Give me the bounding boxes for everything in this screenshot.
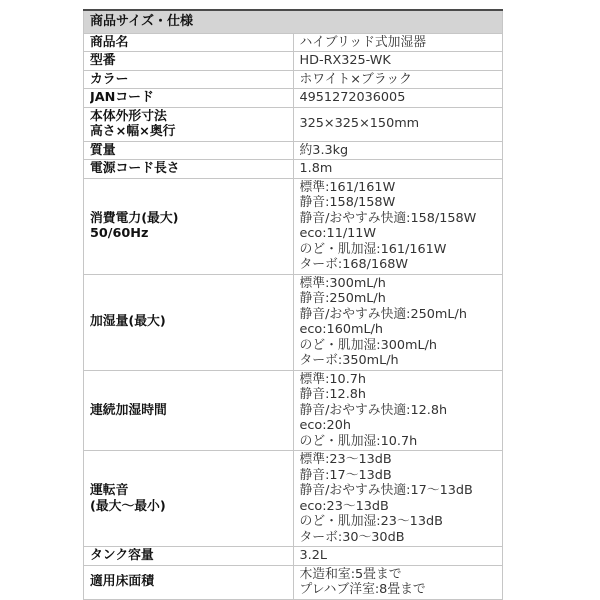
spec-label-cell: 加湿量(最大) <box>84 274 294 370</box>
spec-value-cell: 325×325×150mm <box>293 107 503 141</box>
spec-value-line: のど・肌加湿:10.7h <box>300 434 499 450</box>
spec-value-line: のど・肌加湿:23〜13dB <box>300 514 499 530</box>
spec-label-cell: 本体外形寸法高さ×幅×奥行 <box>84 107 294 141</box>
spec-value-cell: 4951272036005 <box>293 89 503 108</box>
spec-label-cell: カラー <box>84 70 294 89</box>
spec-value-cell: 標準:10.7h静音:12.8h静音/おやすみ快適:12.8heco:20hのど… <box>293 370 503 451</box>
spec-label-cell: 適用床面積 <box>84 565 294 599</box>
spec-value-line: 静音/おやすみ快適:12.8h <box>300 403 499 419</box>
spec-label-line: 電源コード長さ <box>90 161 289 177</box>
spec-label-line: 50/60Hz <box>90 226 289 242</box>
spec-value-line: ターボ:168/168W <box>300 257 499 273</box>
spec-table-title: 商品サイズ・仕様 <box>84 10 503 33</box>
spec-value-cell: 3.2L <box>293 547 503 566</box>
spec-value-line: 1.8m <box>300 161 499 177</box>
spec-value-line: eco:20h <box>300 418 499 434</box>
spec-value-cell: 標準:23〜13dB静音:17〜13dB静音/おやすみ快適:17〜13dBeco… <box>293 451 503 547</box>
spec-value-line: 約3.3kg <box>300 143 499 159</box>
spec-row: 本体外形寸法高さ×幅×奥行 325×325×150mm <box>84 107 503 141</box>
spec-value-line: 325×325×150mm <box>300 116 499 132</box>
spec-value-line: 静音:17〜13dB <box>300 468 499 484</box>
spec-value-cell: 約3.3kg <box>293 141 503 160</box>
spec-value-line: のど・肌加湿:161/161W <box>300 242 499 258</box>
spec-value-line: プレハブ洋室:8畳まで <box>300 582 499 598</box>
product-spec-table: 商品サイズ・仕様 商品名 ハイブリッド式加湿器 型番 HD-RX325-WK カ… <box>83 9 503 600</box>
spec-label-line: 質量 <box>90 143 289 159</box>
spec-title-row: 商品サイズ・仕様 <box>84 10 503 33</box>
spec-value-cell: HD-RX325-WK <box>293 52 503 71</box>
spec-row: 加湿量(最大) 標準:300mL/h静音:250mL/h静音/おやすみ快適:25… <box>84 274 503 370</box>
spec-value-line: 静音:250mL/h <box>300 291 499 307</box>
spec-label-cell: タンク容量 <box>84 547 294 566</box>
spec-table-head: 商品サイズ・仕様 <box>84 10 503 33</box>
spec-row: 適用床面積 木造和室:5畳までプレハブ洋室:8畳まで <box>84 565 503 599</box>
spec-label-cell: 消費電力(最大)50/60Hz <box>84 178 294 274</box>
spec-row: タンク容量 3.2L <box>84 547 503 566</box>
spec-value-line: eco:11/11W <box>300 226 499 242</box>
spec-label-cell: 電源コード長さ <box>84 160 294 179</box>
spec-label-line: (最大〜最小) <box>90 499 289 515</box>
spec-value-line: のど・肌加湿:300mL/h <box>300 338 499 354</box>
spec-row: 型番 HD-RX325-WK <box>84 52 503 71</box>
spec-row: JANコード 4951272036005 <box>84 89 503 108</box>
spec-value-cell: 1.8m <box>293 160 503 179</box>
spec-value-line: 標準:10.7h <box>300 372 499 388</box>
spec-value-line: eco:160mL/h <box>300 322 499 338</box>
spec-row: 商品名 ハイブリッド式加湿器 <box>84 33 503 52</box>
spec-value-line: 木造和室:5畳まで <box>300 567 499 583</box>
spec-label-cell: 運転音(最大〜最小) <box>84 451 294 547</box>
spec-value-line: 静音:12.8h <box>300 387 499 403</box>
spec-value-line: 静音/おやすみ快適:158/158W <box>300 211 499 227</box>
spec-value-line: 4951272036005 <box>300 90 499 106</box>
spec-value-line: 静音/おやすみ快適:250mL/h <box>300 307 499 323</box>
spec-label-cell: 質量 <box>84 141 294 160</box>
spec-value-line: ターボ:30〜30dB <box>300 530 499 546</box>
spec-label-line: 商品名 <box>90 35 289 51</box>
spec-row: 運転音(最大〜最小) 標準:23〜13dB静音:17〜13dB静音/おやすみ快適… <box>84 451 503 547</box>
spec-label-cell: 商品名 <box>84 33 294 52</box>
spec-label-cell: JANコード <box>84 89 294 108</box>
spec-value-cell: ホワイト×ブラック <box>293 70 503 89</box>
spec-label-line: 適用床面積 <box>90 574 289 590</box>
spec-value-line: HD-RX325-WK <box>300 53 499 69</box>
spec-label-line: 型番 <box>90 53 289 69</box>
product-spec-section: 商品サイズ・仕様 商品名 ハイブリッド式加湿器 型番 HD-RX325-WK カ… <box>83 9 503 600</box>
spec-label-cell: 連続加湿時間 <box>84 370 294 451</box>
spec-label-line: タンク容量 <box>90 548 289 564</box>
spec-value-line: eco:23〜13dB <box>300 499 499 515</box>
spec-value-cell: 標準:300mL/h静音:250mL/h静音/おやすみ快適:250mL/heco… <box>293 274 503 370</box>
spec-value-cell: 標準:161/161W静音:158/158W静音/おやすみ快適:158/158W… <box>293 178 503 274</box>
spec-value-line: ホワイト×ブラック <box>300 72 499 88</box>
spec-value-line: 標準:161/161W <box>300 180 499 196</box>
spec-label-line: 運転音 <box>90 483 289 499</box>
spec-label-cell: 型番 <box>84 52 294 71</box>
spec-value-line: 静音/おやすみ快適:17〜13dB <box>300 483 499 499</box>
spec-value-line: 標準:300mL/h <box>300 276 499 292</box>
spec-row: 連続加湿時間 標準:10.7h静音:12.8h静音/おやすみ快適:12.8hec… <box>84 370 503 451</box>
spec-value-cell: ハイブリッド式加湿器 <box>293 33 503 52</box>
spec-label-line: 加湿量(最大) <box>90 314 289 330</box>
spec-label-line: JANコード <box>90 90 289 106</box>
spec-row: 質量 約3.3kg <box>84 141 503 160</box>
spec-row: 消費電力(最大)50/60Hz 標準:161/161W静音:158/158W静音… <box>84 178 503 274</box>
spec-label-line: 高さ×幅×奥行 <box>90 124 289 140</box>
spec-value-line: ハイブリッド式加湿器 <box>300 35 499 51</box>
spec-label-line: 消費電力(最大) <box>90 211 289 227</box>
spec-value-cell: 木造和室:5畳までプレハブ洋室:8畳まで <box>293 565 503 599</box>
spec-row: 電源コード長さ 1.8m <box>84 160 503 179</box>
spec-value-line: ターボ:350mL/h <box>300 353 499 369</box>
spec-table-body: 商品名 ハイブリッド式加湿器 型番 HD-RX325-WK カラー ホワイト×ブ… <box>84 33 503 599</box>
spec-value-line: 静音:158/158W <box>300 195 499 211</box>
spec-label-line: カラー <box>90 72 289 88</box>
spec-row: カラー ホワイト×ブラック <box>84 70 503 89</box>
spec-value-line: 標準:23〜13dB <box>300 452 499 468</box>
spec-label-line: 連続加湿時間 <box>90 403 289 419</box>
spec-label-line: 本体外形寸法 <box>90 109 289 125</box>
spec-value-line: 3.2L <box>300 548 499 564</box>
